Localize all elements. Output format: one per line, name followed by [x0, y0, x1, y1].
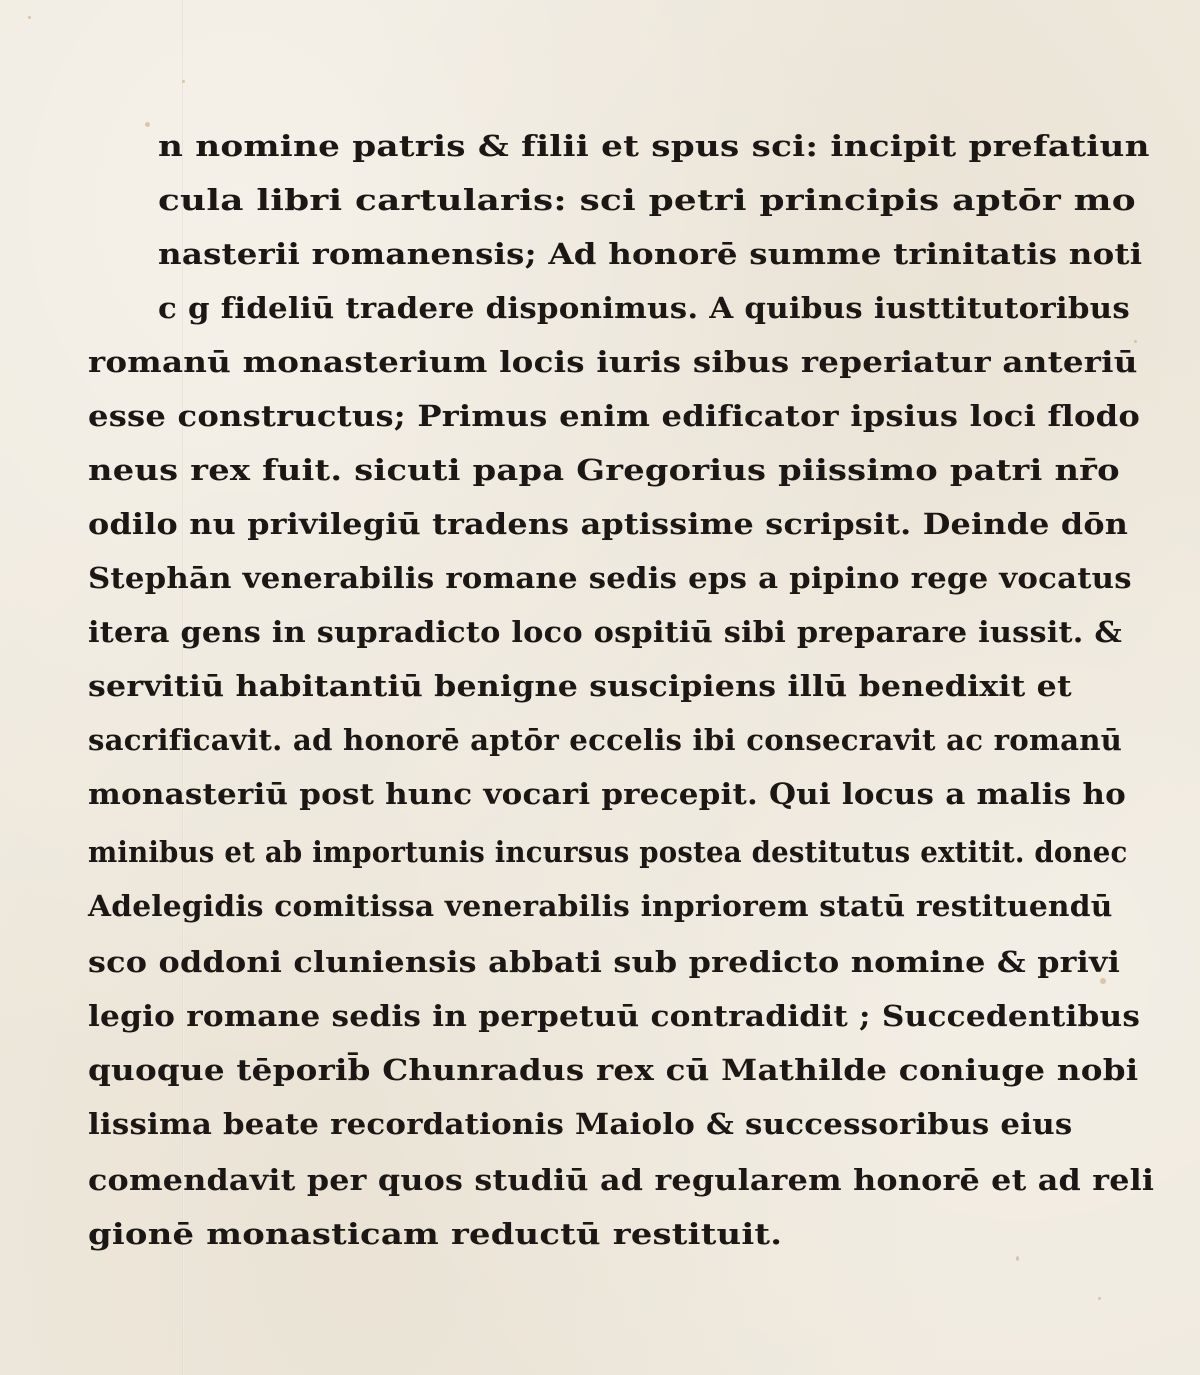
- manuscript-line: Stephān venerabilis romane sedis eps a …: [88, 558, 1132, 598]
- manuscript-line: sacrificavit. ad honorē aptōr eccelis …: [88, 720, 1122, 760]
- manuscript-line: romanū monasterium locis iuris sibus re…: [88, 342, 1138, 382]
- manuscript-line: servitiū habitantiū benigne suscipiens…: [88, 666, 1072, 706]
- manuscript-line: cula libri cartularis: sci petri princip…: [158, 180, 1136, 220]
- manuscript-line: odilo nu privilegiū tradens aptissime s…: [88, 504, 1128, 544]
- manuscript-line: comendavit per quos studiū ad regularem…: [88, 1160, 1154, 1200]
- manuscript-line: sco oddoni cluniensis abbati sub predict…: [88, 942, 1120, 982]
- paper-fleck: [1016, 1256, 1019, 1261]
- manuscript-line: n nomine patris & filii et spus sci: inc…: [158, 126, 1150, 166]
- manuscript-line: minibus et ab importunis incursus postea…: [88, 832, 1128, 872]
- paper-fleck: [28, 16, 31, 19]
- manuscript-line: nasterii romanensis; Ad honorē summe tr…: [158, 234, 1142, 274]
- manuscript-line: Adelegidis comitissa venerabilis inprior…: [88, 886, 1112, 926]
- manuscript-line: lissima beate recordationis Maiolo & suc…: [88, 1104, 1072, 1144]
- manuscript-line: quoque tēporib̄ Chunradus rex cū Mathi…: [88, 1050, 1138, 1090]
- paper-fleck: [145, 122, 150, 127]
- manuscript-line: esse constructus; Primus enim edificator…: [88, 396, 1140, 436]
- manuscript-line: c g fideliū tradere disponimus. A quibu…: [158, 288, 1130, 328]
- paper-fleck: [182, 80, 185, 83]
- manuscript-line: neus rex fuit. sicuti papa Gregorius pii…: [88, 450, 1120, 490]
- paper-fleck: [1098, 1297, 1101, 1300]
- manuscript-line: legio romane sedis in perpetuū contradi…: [88, 996, 1140, 1036]
- manuscript-line: gionē monasticam reductū restituit.: [88, 1214, 782, 1254]
- manuscript-line: monasteriū post hunc vocari precepit. Q…: [88, 774, 1126, 814]
- manuscript-line: itera gens in supradicto loco ospitiū s…: [88, 612, 1122, 652]
- manuscript-page: n nomine patris & filii et spus sci: inc…: [0, 0, 1200, 1375]
